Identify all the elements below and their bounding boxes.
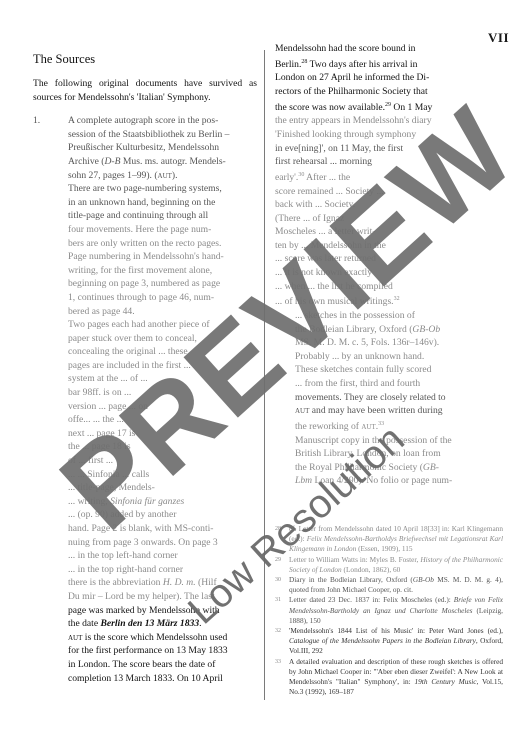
text-line: the reworking of aut.33: [295, 418, 503, 434]
text-line: page was marked by Mendelssohn with: [68, 604, 257, 618]
text-line: the entry appears in Mendelssohn's diary: [275, 114, 503, 128]
text-line: hand. Page 2 is blank, with MS-conti-: [68, 522, 257, 536]
text-line: Probably ... by an unknown hand.: [295, 350, 503, 364]
text-line: nuing from page 3 onwards. On page 3: [68, 536, 257, 550]
text-line: of ... first ...: [68, 454, 257, 468]
footnotes: 28 cf. Letter from Mendelssohn dated 10 …: [275, 524, 503, 697]
text-line: These sketches contain fully scored: [295, 363, 503, 377]
footnote-number: 30: [275, 575, 289, 595]
text-line: London on 27 April he informed the Di-: [275, 71, 503, 85]
footnote-30: 30 Diary in the Bodleian Library, Oxford…: [275, 575, 503, 595]
text-line: score remained ... Society ...: [275, 185, 503, 199]
text-line: Preußischer Kulturbesitz, Mendelssohn: [68, 141, 257, 155]
text-line: early'.30 After ... the: [275, 169, 503, 185]
footnote-number: 33: [275, 657, 289, 698]
text-line: Two pages each had another piece of: [68, 318, 257, 332]
text-line: completion 13 March 1833. On 10 April: [68, 672, 257, 686]
text-line: ... writing, Sinfonia für ganzes: [68, 495, 257, 509]
text-line: bers are only written on the recto pages…: [68, 237, 257, 251]
text-line: back with ... Society.: [275, 198, 503, 212]
text-line: bar 98ff. is on ...: [68, 386, 257, 400]
footnote-text: Letter to William Watts in: Myles B. Fos…: [289, 555, 503, 575]
text-line: MS. M. D. M. c. 5, Fols. 136r–146v).: [295, 336, 503, 350]
text-line: ten by ... Mendelssohn in the: [275, 239, 503, 253]
text-line: writing, for the first movement alone,: [68, 264, 257, 278]
footnote-number: 31: [275, 595, 289, 626]
source-item-1: 1. A complete autograph score in the pos…: [33, 114, 257, 685]
left-column: The Sources The following original docum…: [33, 52, 257, 685]
text-line: next ... page 17 is: [68, 427, 257, 441]
text-line: first rehearsal ... morning: [275, 155, 503, 169]
intro-paragraph: The following original documents have su…: [33, 77, 257, 104]
source-description: A complete autograph score in the pos- s…: [68, 114, 257, 182]
text-line: ... in the top left-hand corner: [68, 549, 257, 563]
text-line: the score was now available.29 On 1 May: [275, 99, 503, 115]
text-line: ... in the top right-hand corner: [68, 563, 257, 577]
text-line: British Library, London, on loan from: [295, 447, 503, 461]
text-line: version ... page ... on: [68, 400, 257, 414]
text-line: ... from the first, third and fourth: [295, 377, 503, 391]
footnote-number: 32: [275, 626, 289, 657]
text-line: system at the ... of ...: [68, 372, 257, 386]
text-line: paper stuck over them to conceal,: [68, 332, 257, 346]
text-line: there is the abbreviation H. D. m. (Hilf: [68, 576, 257, 590]
text-line: pages are included in the first ...: [68, 359, 257, 373]
footnote-31: 31 Letter dated 23 Dec. 1837 in: Felix M…: [275, 595, 503, 626]
section-heading: The Sources: [33, 52, 257, 67]
footnote-number: 29: [275, 555, 289, 575]
right-column: Mendelssohn had the score bound in Berli…: [275, 42, 503, 488]
text-line: ... when ... the list he compiled: [275, 280, 503, 294]
text-line: Du mir – Lord be my helper). The last: [68, 590, 257, 604]
text-line: Berlin.28 Two days after his arrival in: [275, 56, 503, 72]
text-line: the Royal Philharmonic Society (GB-: [295, 461, 503, 475]
footnote-text: Diary in the Bodleian Library, Oxford (G…: [289, 575, 503, 595]
text-line: four movements. Here the page num-: [68, 223, 257, 237]
siglum-aut: aut: [158, 170, 172, 181]
text-line: title-page and continuing through all: [68, 209, 257, 223]
text-line: Manuscript copy in the possession of the: [295, 434, 503, 448]
text-line: Archive (D-B Mus. ms. autogr. Mendels-: [68, 155, 257, 169]
footnote-32: 32 'Mendelssohn's 1844 List of his Music…: [275, 626, 503, 657]
text-line: ... sketches in the possession of: [295, 309, 503, 323]
footnote-text: 'Mendelssohn's 1844 List of his Music' i…: [289, 626, 503, 657]
pasted-pages-paragraph: Two pages each had another piece of pape…: [68, 318, 257, 631]
text-line: ... of his own musical writings.32: [275, 293, 503, 309]
manuscript-copy-paragraph: Manuscript copy in the possession of the…: [275, 434, 503, 488]
text-line: for the first performance on 13 May 1833: [68, 644, 257, 658]
text-line: in London. The score bears the date of: [68, 658, 257, 672]
text-line: Lbm Loan 4/290). No folio or page num-: [295, 474, 503, 488]
text-line: sohn 27, pages 1–99). (aut).: [68, 169, 257, 183]
text-line: offe... ... the ...: [68, 413, 257, 427]
text-line: in eve[ning]', on 11 May, the first: [275, 142, 503, 156]
text-line: Mendelssohn had the score bound in: [275, 42, 503, 56]
text-line: concealing the original ... these: [68, 345, 257, 359]
text-line: ... it is not known exactly: [275, 266, 503, 280]
item-number: 1.: [33, 114, 68, 685]
text-line: ... title-page, Mendels-: [68, 481, 257, 495]
text-line: the ... page 18 is: [68, 440, 257, 454]
text-line: (There ... of Ignaz: [275, 212, 503, 226]
footnote-33: 33 A detailed evaluation and description…: [275, 657, 503, 698]
text-line: ... ... Sinfonia ... calls: [68, 468, 257, 482]
text-line: session of the Staatsbibliothek zu Berli…: [68, 128, 257, 142]
text-line: ... (op. 90) added by another: [68, 508, 257, 522]
footnote-text: Letter dated 23 Dec. 1837 in: Felix Mosc…: [289, 595, 503, 626]
text-line: A complete autograph score in the pos-: [68, 114, 257, 128]
page-numbering-paragraph: There are two page-numbering systems, in…: [68, 182, 257, 318]
footnote-28: 28 cf. Letter from Mendelssohn dated 10 …: [275, 524, 503, 555]
text-line: beginning on page 3, numbered as page: [68, 277, 257, 291]
text-line: ... score was later returned: [275, 252, 503, 266]
text-line: 'Finished looking through symphony: [275, 128, 503, 142]
footnote-text: A detailed evaluation and description of…: [289, 657, 503, 698]
text-line: aut and may have been written during: [295, 404, 503, 418]
text-line: in an unknown hand, beginning on the: [68, 196, 257, 210]
text-line: bered as page 44.: [68, 305, 257, 319]
text-line: the date Berlin den 13 März 1833.: [68, 617, 257, 631]
text-line: 1, continues through to page 46, num-: [68, 291, 257, 305]
score-bound-paragraph: Mendelssohn had the score bound in Berli…: [275, 42, 503, 309]
footnote-text: cf. Letter from Mendelssohn dated 10 Apr…: [289, 524, 503, 555]
text-line: movements. They are closely related to: [295, 391, 503, 405]
column-divider: [264, 50, 265, 700]
text-line: rectors of the Philharmonic Society that: [275, 85, 503, 99]
text-line: aut is the score which Mendelssohn used: [68, 631, 257, 645]
footnote-29: 29 Letter to William Watts in: Myles B. …: [275, 555, 503, 575]
siglum: D-B: [105, 156, 121, 167]
text-line: Page numbering in Mendelssohn's hand-: [68, 250, 257, 264]
text-line: the Bodleian Library, Oxford (GB-Ob: [295, 323, 503, 337]
text-line: Moscheles ... a letter writ-: [275, 225, 503, 239]
sketches-paragraph: ... sketches in the possession of the Bo…: [275, 309, 503, 434]
footnote-number: 28: [275, 524, 289, 555]
item-body: A complete autograph score in the pos- s…: [68, 114, 257, 685]
text-line: There are two page-numbering systems,: [68, 182, 257, 196]
first-performance-paragraph: aut is the score which Mendelssohn used …: [68, 631, 257, 685]
